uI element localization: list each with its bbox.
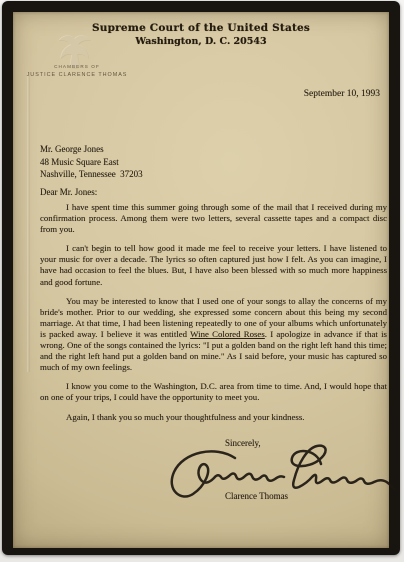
paragraph-2: I can't begin to tell how good it made m…	[40, 243, 387, 287]
letter-photo: CHAMBERS OF JUSTICE CLARENCE THOMAS Supr…	[0, 0, 404, 562]
salutation: Dear Mr. Jones:	[40, 187, 97, 197]
recipient-address: Mr. George Jones 48 Music Square East Na…	[40, 143, 143, 181]
paragraph-1: I have spent time this summer going thro…	[40, 202, 387, 235]
letter-date: September 10, 1993	[304, 89, 380, 99]
recipient-street: 48 Music Square East	[40, 156, 143, 169]
chambers-of-label: CHAMBERS OF	[17, 64, 137, 69]
letter-body: I have spent time this summer going thro…	[40, 202, 387, 431]
paragraph-5: Again, I thank you so much your thoughtf…	[40, 412, 387, 423]
paragraph-4: I know you come to the Washington, D.C. …	[40, 381, 387, 403]
typed-signature-name: Clarence Thomas	[225, 491, 288, 501]
recipient-name: Mr. George Jones	[40, 143, 143, 156]
justice-name-label: JUSTICE CLARENCE THOMAS	[17, 72, 137, 78]
chambers-block: CHAMBERS OF JUSTICE CLARENCE THOMAS	[17, 64, 137, 78]
letterhead-court-name: Supreme Court of the United States	[13, 22, 389, 34]
paragraph-3: You may be interested to know that I use…	[40, 296, 387, 374]
album-title-underlined: Wine Colored Roses	[190, 329, 265, 339]
letter-paper: CHAMBERS OF JUSTICE CLARENCE THOMAS Supr…	[13, 12, 389, 548]
letterhead: Supreme Court of the United States Washi…	[13, 22, 389, 47]
letterhead-city-zip: Washington, D. C. 20543	[13, 36, 389, 47]
recipient-city-state-zip: Nashville, Tennessee 37203	[40, 168, 143, 181]
